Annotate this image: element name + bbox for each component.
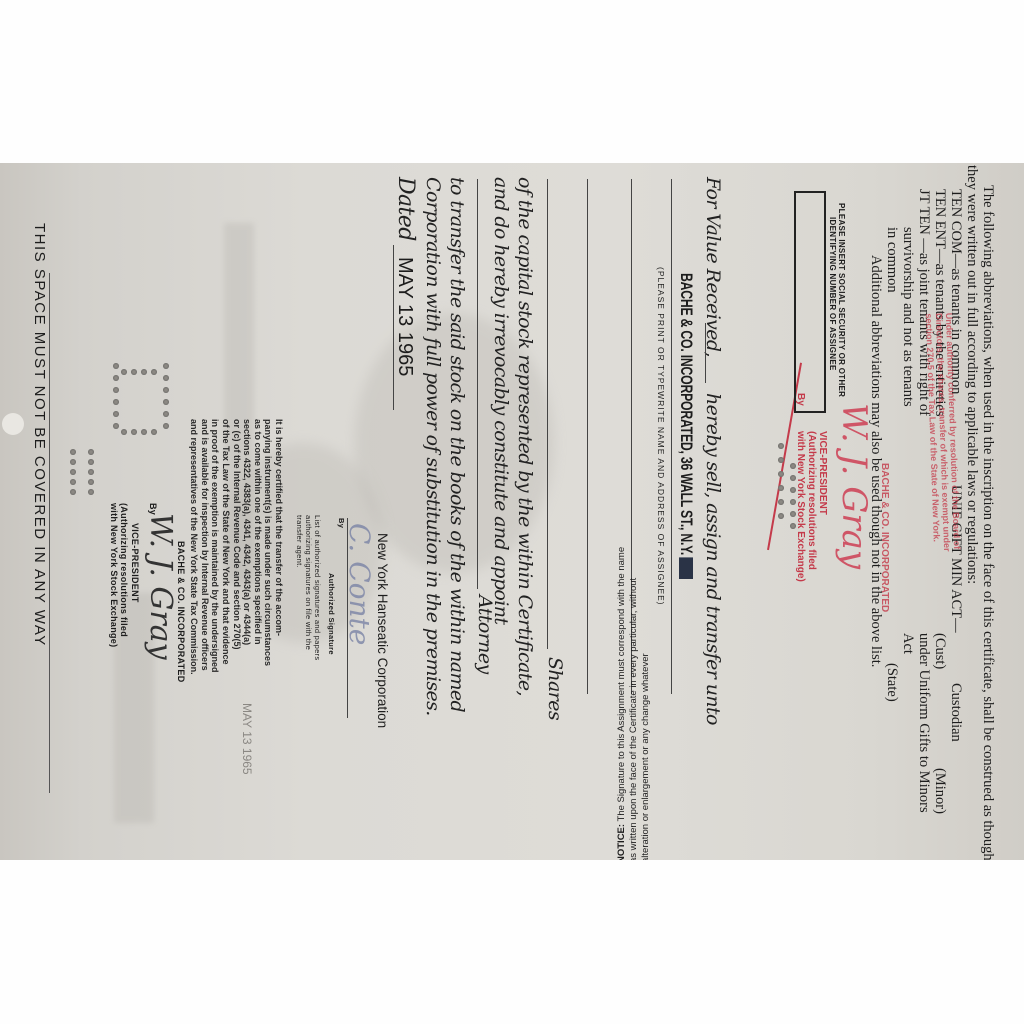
guarantor-firm: New York Hanseatic Corporation <box>375 533 390 728</box>
perforation-hole <box>778 457 784 463</box>
redaction-mark <box>679 557 693 579</box>
red-stamp-signature: W. J. Gray <box>834 403 874 569</box>
guarantor-signature-line[interactable] <box>347 518 348 718</box>
perforation-hole <box>790 523 796 529</box>
perforation-hole <box>70 449 76 455</box>
perforation-hole <box>113 423 119 429</box>
tax-line: of the Tax Law of the State of New York … <box>220 419 231 675</box>
attorney-label: Attorney <box>474 595 496 674</box>
list-note-2: authorizing signatures on file with the <box>304 515 313 660</box>
notice-line-1: The Signature to this Assignment must co… <box>616 547 627 822</box>
red-stamp-title: VICE-PRESIDENT <box>817 431 828 582</box>
tax-line: It is hereby certified that the transfer… <box>273 419 284 675</box>
faint-date-stamp: MAY 13 1965 <box>240 703 254 775</box>
list-note: List of authorized signatures and papers… <box>295 515 322 660</box>
tax-line: panying instrument(s) is made under such… <box>263 419 274 675</box>
abbr-cust: (Cust) <box>932 633 948 669</box>
perforation-hole <box>88 469 94 475</box>
assignor-blank <box>705 323 706 383</box>
abbr-minor: (Minor) <box>932 768 948 814</box>
tax-line: in proof of the exemption is maintained … <box>210 419 221 675</box>
assignee-name[interactable]: BACHE & CO. INCORPORATED, 36 WALL ST., N… <box>676 273 696 579</box>
corporation-text: Corporation with full power of substitut… <box>422 177 444 716</box>
margin-warning: THIS SPACE MUST NOT BE COVERED IN ANY WA… <box>31 223 48 647</box>
tax-line: or (c) of the Internal Revenue Code and … <box>231 419 242 675</box>
tax-line: sections 4322, 4383(a), 4341, 4342, 4343… <box>242 419 253 675</box>
perforation-hole <box>113 399 119 405</box>
perforation-hole <box>790 487 796 493</box>
dated-value[interactable]: MAY 13 1965 <box>393 257 416 376</box>
authorized-signature-caption: Authorized Signature <box>327 573 336 655</box>
guarantor-by: By <box>337 518 346 528</box>
perforation-hole <box>113 411 119 417</box>
binder-hole <box>2 413 24 435</box>
perforation-hole <box>778 485 784 491</box>
notice-block: NOTICE: The Signature to this Assignment… <box>616 703 652 860</box>
notice-line-3: alteration or enlargement or any change … <box>640 703 652 860</box>
abbreviations-intro-2: they were written out in full according … <box>964 165 980 584</box>
hereby-sell-text: hereby sell, assign and transfer unto <box>702 393 724 725</box>
constitute-text: and do hereby irrevocably constitute and… <box>490 177 512 624</box>
tax-certification: It is hereby certified that the transfer… <box>189 419 284 675</box>
red-stamp-note-2: with New York Stock Exchange) <box>795 431 806 582</box>
tax-cert-title-block: VICE-PRESIDENT (Authorizing resolutions … <box>109 503 141 647</box>
list-note-3: transfer agent. <box>295 515 304 660</box>
perforation-hole <box>790 463 796 469</box>
assignee-name-text: BACHE & CO. INCORPORATED, 36 WALL ST., N… <box>677 273 696 555</box>
perforation-hole <box>121 369 127 375</box>
tax-cert-note-2: with New York Stock Exchange) <box>109 503 120 647</box>
certificate-paper: The following abbreviations, when used i… <box>0 163 1024 860</box>
assignee-id-label-2: IDENTIFYING NUMBER OF ASSIGNEE <box>828 203 837 397</box>
abbr-under-ugma: under Uniform Gifts to Minors <box>916 633 932 813</box>
perforation-hole <box>163 411 169 417</box>
tax-cert-title: VICE-PRESIDENT <box>130 503 141 647</box>
perforation-hole <box>151 369 157 375</box>
shares-label: Shares <box>544 657 566 720</box>
perforation-hole <box>113 375 119 381</box>
perforation-hole <box>113 387 119 393</box>
perforation-hole <box>88 459 94 465</box>
print-name-caption: (PLEASE PRINT OR TYPEWRITE NAME AND ADDR… <box>656 267 666 606</box>
tax-line: and representatives of the New York Stat… <box>189 419 200 675</box>
dated-label: Dated <box>393 177 418 241</box>
perforation-hole <box>163 375 169 381</box>
perforation-hole <box>163 399 169 405</box>
perforation-hole <box>131 429 137 435</box>
perforation-hole <box>131 369 137 375</box>
shares-line[interactable] <box>547 179 548 649</box>
perforation-hole <box>778 499 784 505</box>
list-note-1: List of authorized signatures and papers <box>313 515 322 660</box>
capital-stock-text: of the capital stock represented by the … <box>514 177 536 696</box>
abbr-jt-ten-cont2: in common <box>884 227 900 293</box>
perforation-hole <box>163 423 169 429</box>
notice-line-2: as written upon the face of the Certific… <box>628 703 640 860</box>
assignee-id-label: PLEASE INSERT SOCIAL SECURITY OR OTHER I… <box>828 203 846 397</box>
perforation-hole <box>70 489 76 495</box>
margin-rule <box>49 273 50 793</box>
to-transfer-text: to transfer the said stock on the books … <box>446 177 468 712</box>
assignee-line-1 <box>671 179 672 694</box>
assignee-id-field[interactable] <box>794 191 826 413</box>
perforation-hole <box>141 429 147 435</box>
perforation-hole <box>113 363 119 369</box>
tax-cert-signature: W. J. Gray <box>143 513 178 660</box>
perforation-hole <box>778 471 784 477</box>
perforation-hole <box>88 489 94 495</box>
perforation-hole <box>141 369 147 375</box>
perforation-hole <box>70 479 76 485</box>
red-stamp-firm: BACHE & CO. INCORPORATED <box>879 463 890 612</box>
perforation-hole <box>790 475 796 481</box>
red-stamp-title-block: VICE-PRESIDENT (Authorizing resolutions … <box>795 431 828 582</box>
notice-label: NOTICE: <box>616 824 627 860</box>
perforation-hole <box>70 469 76 475</box>
assignee-id-label-1: PLEASE INSERT SOCIAL SECURITY OR OTHER <box>837 203 846 397</box>
perforation-hole <box>88 479 94 485</box>
perforation-hole <box>778 443 784 449</box>
attorney-line[interactable] <box>477 179 478 589</box>
assignee-line-3 <box>587 179 588 694</box>
perforation-hole <box>151 429 157 435</box>
perforation-hole <box>778 513 784 519</box>
certificate-page: The following abbreviations, when used i… <box>0 163 1024 860</box>
abbr-jt-ten-cont: survivorship and not as tenants <box>900 227 916 407</box>
abbr-custodian: Custodian <box>948 683 964 742</box>
perforation-hole <box>790 499 796 505</box>
perforation-hole <box>790 511 796 517</box>
abbr-act: Act <box>900 633 916 654</box>
tax-line: and is available for inspection by Inter… <box>199 419 210 675</box>
tax-line: as to come within one of the exemptions … <box>252 419 263 675</box>
perforation-hole <box>70 459 76 465</box>
abbreviations-intro-1: The following abbreviations, when used i… <box>980 185 996 860</box>
red-stamp-note-1: (Authorizing resolutions filed <box>806 431 817 582</box>
perforation-hole <box>121 429 127 435</box>
tax-cert-note-1: (Authorizing resolutions filed <box>119 503 130 647</box>
perforation-hole <box>88 449 94 455</box>
perforation-hole <box>163 387 169 393</box>
perforation-hole <box>163 363 169 369</box>
abbr-state: (State) <box>884 663 900 702</box>
